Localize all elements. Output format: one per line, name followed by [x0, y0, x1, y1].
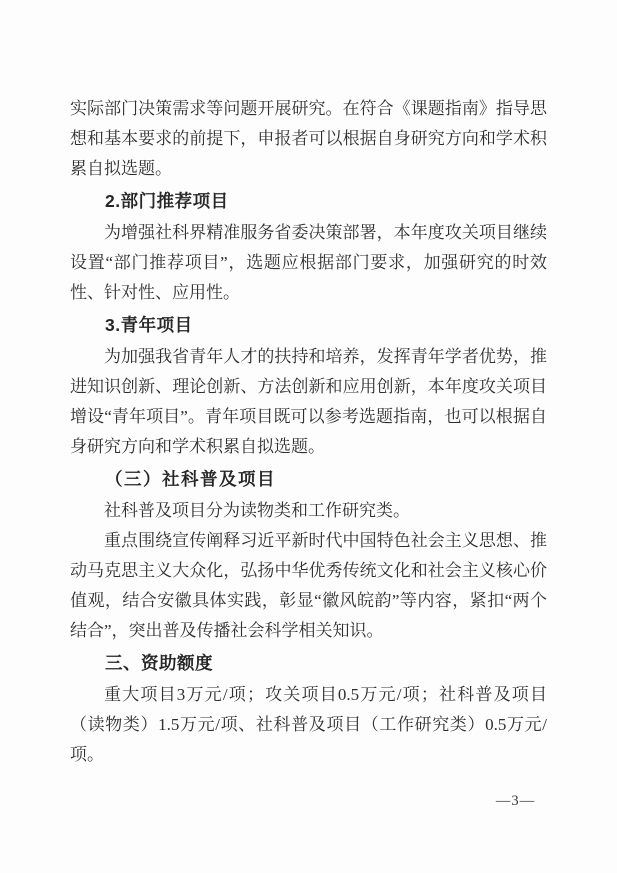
paragraph-topic-selection-continued: 实际部门决策需求等问题开展研究。在符合《课题指南》指导思想和基本要求的前提下，申… [70, 94, 547, 184]
page-number: —3— [468, 793, 563, 810]
paragraph-popularization-categories: 社科普及项目分为读物类和工作研究类。 [70, 496, 547, 526]
paragraph-youth-projects: 为加强我省青年人才的扶持和培养，发挥青年学者优势，推进知识创新、理论创新、方法创… [70, 342, 547, 462]
document-page: 实际部门决策需求等问题开展研究。在符合《课题指南》指导思想和基本要求的前提下，申… [0, 0, 617, 873]
paragraph-department-recommended-projects: 为增强社科界精准服务省委决策部署，本年度攻关项目继续设置“部门推荐项目”，选题应… [70, 218, 547, 308]
heading-department-recommended-projects: 2.部门推荐项目 [70, 186, 547, 216]
paragraph-popularization-focus: 重点围绕宣传阐释习近平新时代中国特色社会主义思想、推动马克思主义大众化，弘扬中华… [70, 526, 547, 646]
heading-social-science-popularization-projects: （三）社科普及项目 [70, 464, 547, 494]
paragraph-funding-amounts: 重大项目3万元/项；攻关项目0.5万元/项；社科普及项目（读物类）1.5万元/项… [70, 680, 547, 770]
document-body: 实际部门决策需求等问题开展研究。在符合《课题指南》指导思想和基本要求的前提下，申… [70, 94, 547, 770]
heading-funding-amount: 三、资助额度 [70, 648, 547, 678]
heading-youth-projects: 3.青年项目 [70, 310, 547, 340]
